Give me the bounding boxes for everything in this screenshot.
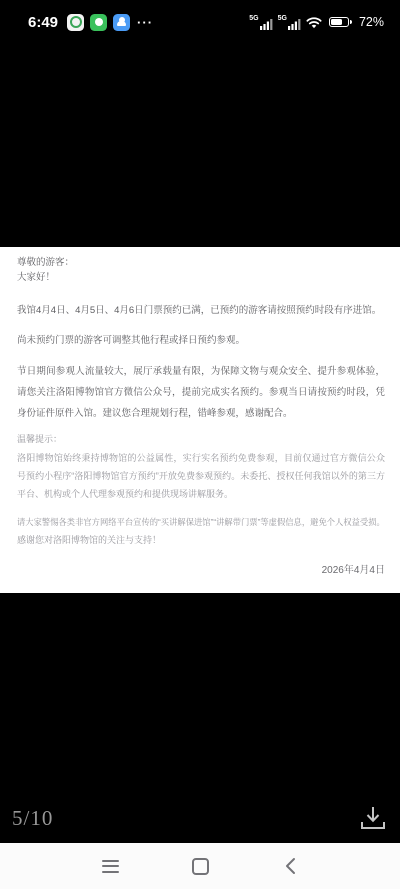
notice-para-adjust-plans: 尚未预约门票的游客可调整其他行程或择日预约参观。 xyxy=(17,333,385,348)
chevron-left-icon xyxy=(284,857,296,875)
messages-app-icon xyxy=(90,14,107,31)
notice-thanks: 感谢您对洛阳博物馆的关注与支持！ xyxy=(17,533,385,547)
sim1-signal-icon: 5G xyxy=(249,15,272,30)
notice-greeting: 大家好！ xyxy=(17,270,385,285)
system-nav-bar xyxy=(0,843,400,889)
notice-image[interactable]: 尊敬的游客： 大家好！ 我馆4月4日、4月5日、4月6日门票预约已满，已预约的游… xyxy=(0,247,400,593)
recents-button[interactable] xyxy=(99,855,121,877)
notice-warning: 请大家警惕各类非官方网络平台宣传的“买讲解保进馆”“讲解带门票”等虚假信息，避免… xyxy=(17,515,385,529)
home-icon xyxy=(192,858,209,875)
notification-app-icon xyxy=(67,14,84,31)
status-bar: 6:49 ··· 5G 5G xyxy=(0,0,400,40)
back-button[interactable] xyxy=(279,855,301,877)
gallery-footer: 5/10 xyxy=(0,799,400,837)
battery-percent: 72% xyxy=(359,15,384,29)
clock: 6:49 xyxy=(28,14,58,31)
notice-para-tickets-full: 我馆4月4日、4月5日、4月6日门票预约已满，已预约的游客请按照预约时段有序进馆… xyxy=(17,303,385,318)
battery-icon xyxy=(329,17,352,28)
notice-tips-title: 温馨提示： xyxy=(17,432,385,446)
weather-app-icon xyxy=(113,14,130,31)
messages-dot-icon xyxy=(95,18,103,26)
menu-icon xyxy=(102,860,119,873)
sim2-signal-icon: 5G xyxy=(278,15,301,30)
notice-date: 2026年4月4日 xyxy=(17,563,385,578)
phone-screen: 6:49 ··· 5G 5G xyxy=(0,0,400,889)
status-bar-right: 5G 5G 72% xyxy=(249,15,384,30)
notice-salutation: 尊敬的游客： xyxy=(17,255,385,270)
status-bar-left: 6:49 ··· xyxy=(28,14,153,31)
wifi-icon xyxy=(306,16,322,29)
download-icon[interactable] xyxy=(360,806,386,830)
notice-tips-body: 洛阳博物馆始终秉持博物馆的公益属性，实行实名预约免费参观，目前仅通过官方微信公众… xyxy=(17,449,385,503)
home-button[interactable] xyxy=(189,855,211,877)
page-indicator: 5/10 xyxy=(12,806,53,831)
more-notifications-icon: ··· xyxy=(137,15,153,30)
cloud-icon xyxy=(117,21,126,26)
health-app-icon xyxy=(70,16,82,28)
notice-para-holiday: 节日期间参观人流量较大，展厅承载量有限，为保障文物与观众安全、提升参观体验，请您… xyxy=(17,361,385,424)
